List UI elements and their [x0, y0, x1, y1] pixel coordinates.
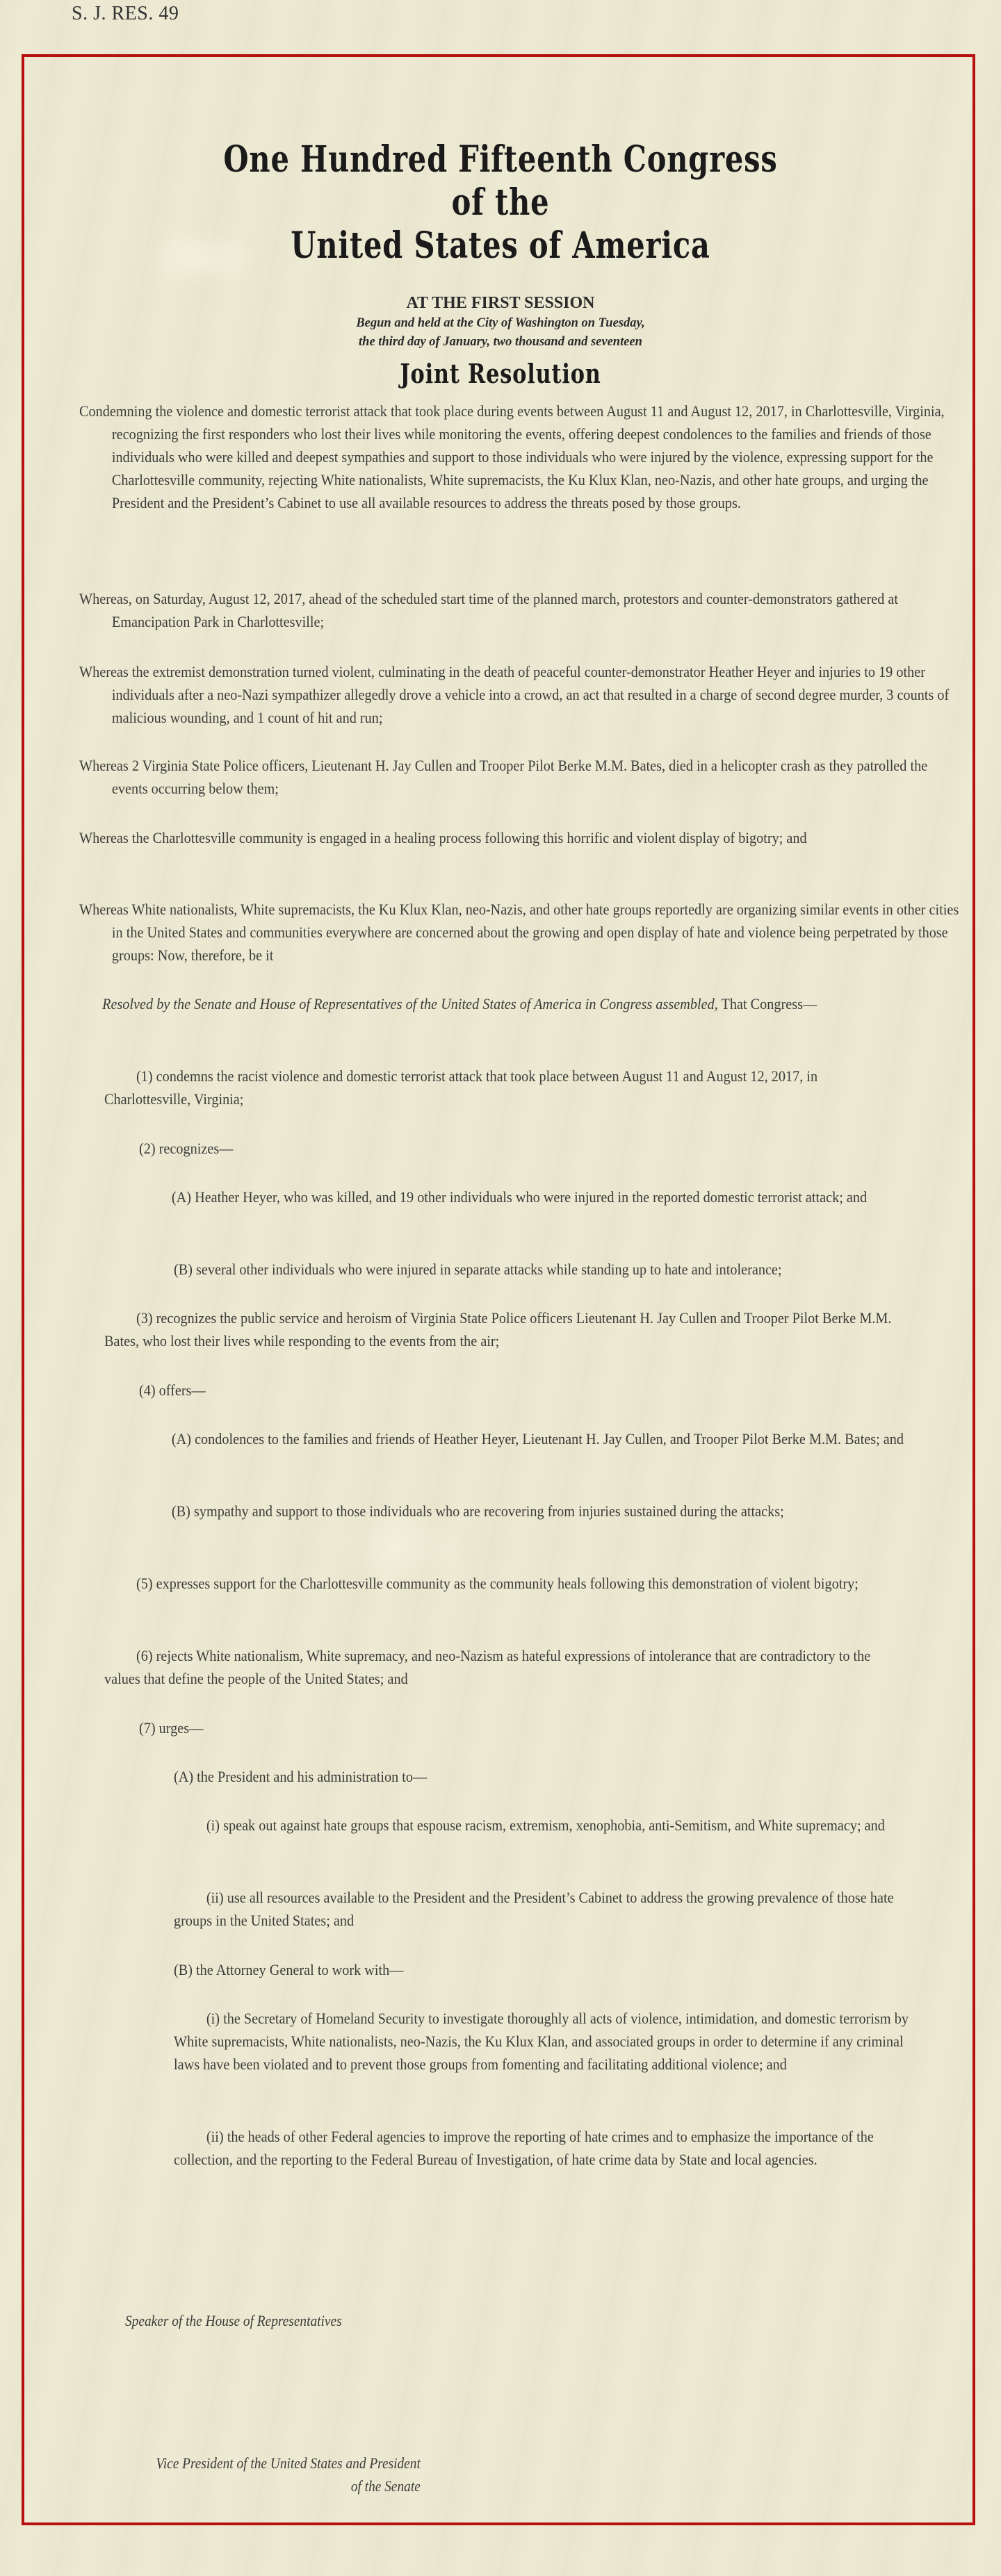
provision-2B: (B) several other individuals who were i…	[174, 1258, 941, 1281]
provision-6: (6) rejects White nationalism, White sup…	[104, 1644, 907, 1690]
whereas-clause: Whereas the extremist demonstration turn…	[79, 660, 961, 729]
speaker-signature-line: Speaker of the House of Representatives	[125, 2309, 342, 2332]
begun-line-2: the third day of January, two thousand a…	[0, 333, 1001, 352]
session-heading: AT THE FIRST SESSION	[0, 294, 1001, 313]
enacting-clause-rest: That Congress—	[718, 995, 817, 1012]
congress-title-line-1: One Hundred Fifteenth Congress	[100, 139, 901, 181]
provision-1: (1) condemns the racist violence and dom…	[104, 1065, 907, 1110]
vp-signature-line-2: of the Senate	[73, 2475, 421, 2497]
provision-7: (7) urges—	[139, 1716, 906, 1739]
begun-line-1: Begun and held at the City of Washington…	[0, 314, 1001, 333]
provision-7A: (A) the President and his administration…	[174, 1765, 909, 1788]
provision-7B-ii: (ii) the heads of other Federal agencies…	[174, 2125, 929, 2171]
whereas-clause: Whereas the Charlottesville community is…	[79, 826, 961, 849]
provision-4B: (B) sympathy and support to those indivi…	[139, 1500, 906, 1523]
provision-3: (3) recognizes the public service and he…	[104, 1306, 907, 1352]
vp-signature-line-1: Vice President of the United States and …	[73, 2452, 421, 2475]
whereas-clause: Whereas 2 Virginia State Police officers…	[79, 754, 961, 800]
congress-title-line-3: United States of America	[100, 225, 901, 267]
provision-7A-i: (i) speak out against hate groups that e…	[174, 1814, 919, 1837]
provision-5: (5) expresses support for the Charlottes…	[104, 1572, 907, 1595]
enacting-clause-italic: Resolved by the Senate and House of Repr…	[102, 995, 718, 1012]
whereas-clause: Whereas White nationalists, White suprem…	[79, 898, 961, 967]
provision-4: (4) offers—	[139, 1379, 906, 1402]
begun-statement: Begun and held at the City of Washington…	[0, 314, 1001, 352]
bill-number: S. J. RES. 49	[72, 3, 179, 25]
provision-7B-i: (i) the Secretary of Homeland Security t…	[174, 2007, 929, 2076]
document-type-heading: Joint Resolution	[100, 359, 901, 389]
whereas-clause: Whereas, on Saturday, August 12, 2017, a…	[79, 587, 961, 633]
congress-title-line-2: of the	[100, 182, 901, 224]
purpose-paragraph: Condemning the violence and domestic ter…	[79, 400, 961, 514]
provision-2A: (A) Heather Heyer, who was killed, and 1…	[139, 1186, 906, 1208]
vp-signature-line: Vice President of the United States and …	[73, 2452, 421, 2497]
enacting-clause: Resolved by the Senate and House of Repr…	[71, 992, 906, 1015]
provision-4A: (A) condolences to the families and frie…	[139, 1427, 913, 1450]
provision-7B: (B) the Attorney General to work with—	[174, 1958, 909, 1981]
provision-7A-ii: (ii) use all resources available to the …	[174, 1886, 919, 1932]
provision-2: (2) recognizes—	[139, 1137, 906, 1160]
